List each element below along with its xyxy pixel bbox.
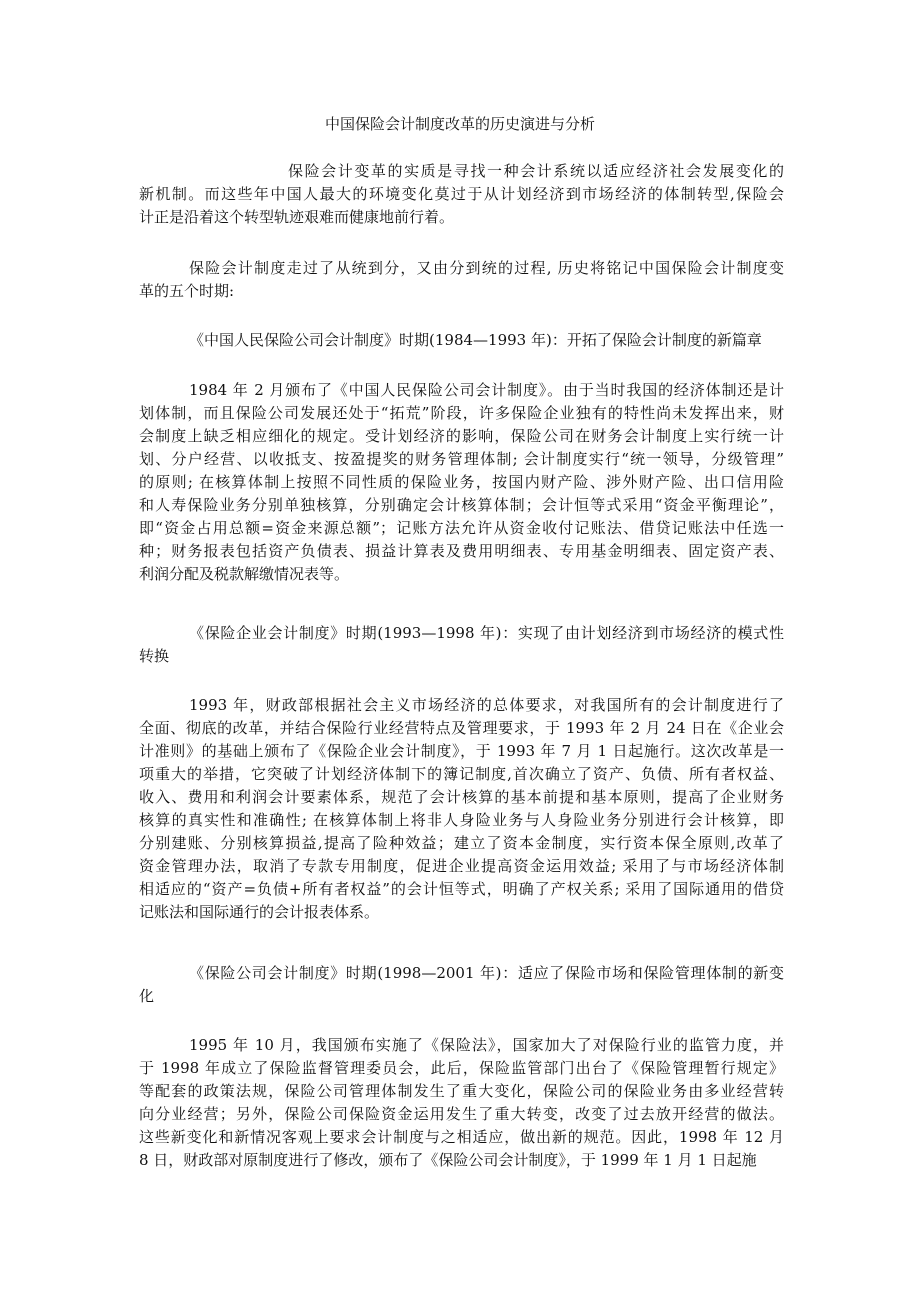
text-line: 会制度上缺乏相应细化的规定。受计划经济的影响，保险公司在财务会计制度上实行统一计	[139, 427, 784, 445]
text-line: 和人寿保险业务分别单独核算，分别确定会计核算体制；会计恒等式采用“资金平衡理论”…	[139, 496, 784, 514]
text-line: 1984 年 2 月颁布了《中国人民保险公司会计制度》。由于当时我国的经济体制还…	[189, 381, 784, 399]
text-line: 8 日，财政部对原制度进行了修改，颁布了《保险公司会计制度》，于 1999 年 …	[139, 1151, 784, 1169]
text-line: 新机制。而这些年中国人最大的环境变化莫过于从计划经济到市场经济的体制转型,保险会	[139, 185, 784, 203]
text-line: 化	[139, 987, 784, 1005]
text-line: 等配套的政策法规，保险公司管理体制发生了重大变化，保险公司的保险业务由多业经营转	[139, 1082, 784, 1100]
text-line: 革的五个时期:	[139, 282, 784, 300]
text-line: 《保险公司会计制度》时期(1998—2001 年)：适应了保险市场和保险管理体制…	[189, 964, 784, 982]
text-line: 的原则; 在核算体制上按照不同性质的保险业务，按国内财产险、涉外财产险、出口信用…	[139, 473, 784, 491]
text-line: 核算的真实性和准确性; 在核算体制上将非人身险业务与人身险业务分别进行会计核算，…	[139, 811, 784, 829]
text-line: 利润分配及税款解缴情况表等。	[139, 565, 784, 583]
text-line: 保险会计变革的实质是寻找一种会计系统以适应经济社会发展变化的	[288, 162, 784, 180]
text-line: 《中国人民保险公司会计制度》时期(1984—1993 年)：开拓了保险会计制度的…	[189, 331, 784, 349]
text-line: 划、分户经营、以收抵支、按盈提奖的财务管理体制; 会计制度实行“统一领导，分级管…	[139, 450, 784, 468]
text-line: 相适应的“资产=负债+所有者权益”的会计恒等式，明确了产权关系; 采用了国际通用…	[139, 880, 784, 898]
text-line: 资金管理办法，取消了专款专用制度，促进企业提高资金运用效益; 采用了与市场经济体…	[139, 857, 784, 875]
text-line: 项重大的举措，它突破了计划经济体制下的簿记制度,首次确立了资产、负债、所有者权益…	[139, 765, 784, 783]
text-line: 转换	[139, 647, 784, 665]
text-line: 划体制，而且保险公司发展还处于“拓荒”阶段，许多保险企业独有的特性尚未发挥出来，…	[139, 404, 784, 422]
text-line: 计准则》的基础上颁布了《保险企业会计制度》，于 1993 年 7 月 1 日起施…	[139, 742, 784, 760]
document-page: 中国保险会计制度改革的历史演进与分析 保险会计变革的实质是寻找一种会计系统以适应…	[0, 0, 920, 1302]
text-line: 分别建账、分别核算损益,提高了险种效益；建立了资本金制度，实行资本保全原则,改革…	[139, 834, 784, 852]
text-line: 收入、费用和利润会计要素体系，规范了会计核算的基本前提和基本原则，提高了企业财务	[139, 788, 784, 806]
text-line: 于 1998 年成立了保险监督管理委员会，此后，保险监管部门出台了《保险管理暂行…	[139, 1059, 784, 1077]
text-line: 向分业经营；另外，保险公司保险资金运用发生了重大转变，改变了过去放开经营的做法。	[139, 1105, 784, 1123]
text-line: 记账法和国际通行的会计报表体系。	[139, 903, 784, 921]
text-line: 保险会计制度走过了从统到分，又由分到统的过程, 历史将铭记中国保险会计制度变	[189, 259, 784, 277]
text-line: 这些新变化和新情况客观上要求会计制度与之相适应，做出新的规范。因此，1998 年…	[139, 1128, 784, 1146]
text-line: 1995 年 10 月，我国颁布实施了《保险法》，国家加大了对保险行业的监管力度…	[189, 1036, 784, 1054]
text-line: 全面、彻底的改革，并结合保险行业经营特点及管理要求，于 1993 年 2 月 2…	[139, 719, 784, 737]
text-line: 1993 年，财政部根据社会主义市场经济的总体要求，对我国所有的会计制度进行了	[189, 696, 784, 714]
text-line: 种；财务报表包括资产负债表、损益计算表及费用明细表、专用基金明细表、固定资产表、	[139, 542, 784, 560]
text-line: 即“资金占用总额=资金来源总额”；记账方法允许从资金收付记账法、借贷记账法中任选…	[139, 519, 784, 537]
text-line: 计正是沿着这个转型轨迹艰难而健康地前行着。	[139, 208, 784, 226]
document-title: 中国保险会计制度改革的历史演进与分析	[0, 115, 920, 133]
text-line: 《保险企业会计制度》时期(1993—1998 年)：实现了由计划经济到市场经济的…	[189, 624, 784, 642]
